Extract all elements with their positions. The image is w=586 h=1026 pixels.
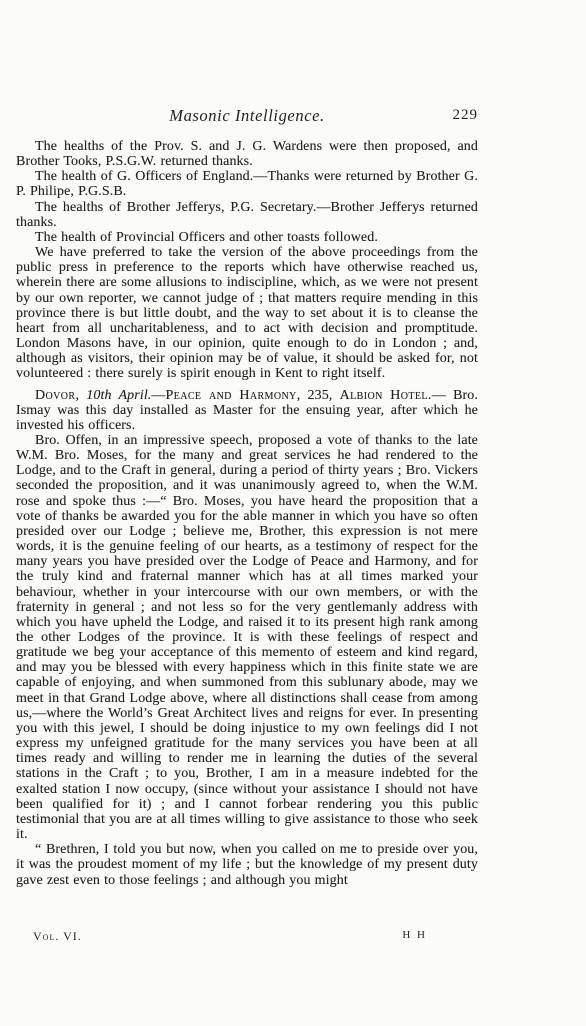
page-title: Masonic Intelligence. bbox=[16, 106, 478, 126]
paragraph: Dovor, 10th April.—Peace and Harmony, 23… bbox=[16, 388, 478, 433]
page-footer: Vol. VI. H H bbox=[16, 929, 478, 945]
text-run: Albion Hotel. bbox=[340, 388, 432, 403]
text-run: The health of Provincial Officers and ot… bbox=[35, 230, 378, 245]
text-run: Bro. Offen, in an impressive speech, pro… bbox=[16, 433, 478, 842]
text-run: — bbox=[151, 388, 165, 403]
paragraph: We have preferred to take the version of… bbox=[16, 245, 478, 381]
text-run: Dovor bbox=[35, 388, 75, 403]
text-run: , 235, bbox=[297, 388, 340, 403]
scanned-book-page: { "colors": { "paper": "#fbfbf8", "ink":… bbox=[0, 0, 586, 1026]
paragraph: The health of Provincial Officers and ot… bbox=[16, 230, 478, 245]
paragraph: “ Brethren, I told you but now, when you… bbox=[16, 842, 478, 887]
text-run: The healths of the Prov. S. and J. G. Wa… bbox=[16, 139, 478, 169]
paragraph: The health of G. Officers of England.—Th… bbox=[16, 169, 478, 199]
page-text: The healths of the Prov. S. and J. G. Wa… bbox=[16, 139, 478, 888]
text-run: We have preferred to take the version of… bbox=[16, 245, 478, 381]
paragraph: Bro. Offen, in an impressive speech, pro… bbox=[16, 433, 478, 842]
volume-label: Vol. VI. bbox=[33, 929, 82, 944]
folio-number: 229 bbox=[453, 107, 479, 124]
text-run: The health of G. Officers of England.—Th… bbox=[16, 169, 478, 199]
paragraph: The healths of Brother Jefferys, P.G. Se… bbox=[16, 200, 478, 230]
text-run: “ Brethren, I told you but now, when you… bbox=[16, 842, 478, 887]
paragraph: The healths of the Prov. S. and J. G. Wa… bbox=[16, 139, 478, 169]
page-header: Masonic Intelligence. 229 bbox=[16, 106, 478, 128]
text-run: 10th April. bbox=[86, 388, 151, 403]
text-run: , bbox=[75, 388, 86, 403]
signature-mark: H H bbox=[402, 929, 427, 941]
page: Masonic Intelligence. 229 The healths of… bbox=[16, 106, 478, 888]
text-run: Peace and Harmony bbox=[166, 388, 297, 403]
text-run: The healths of Brother Jefferys, P.G. Se… bbox=[16, 200, 478, 230]
